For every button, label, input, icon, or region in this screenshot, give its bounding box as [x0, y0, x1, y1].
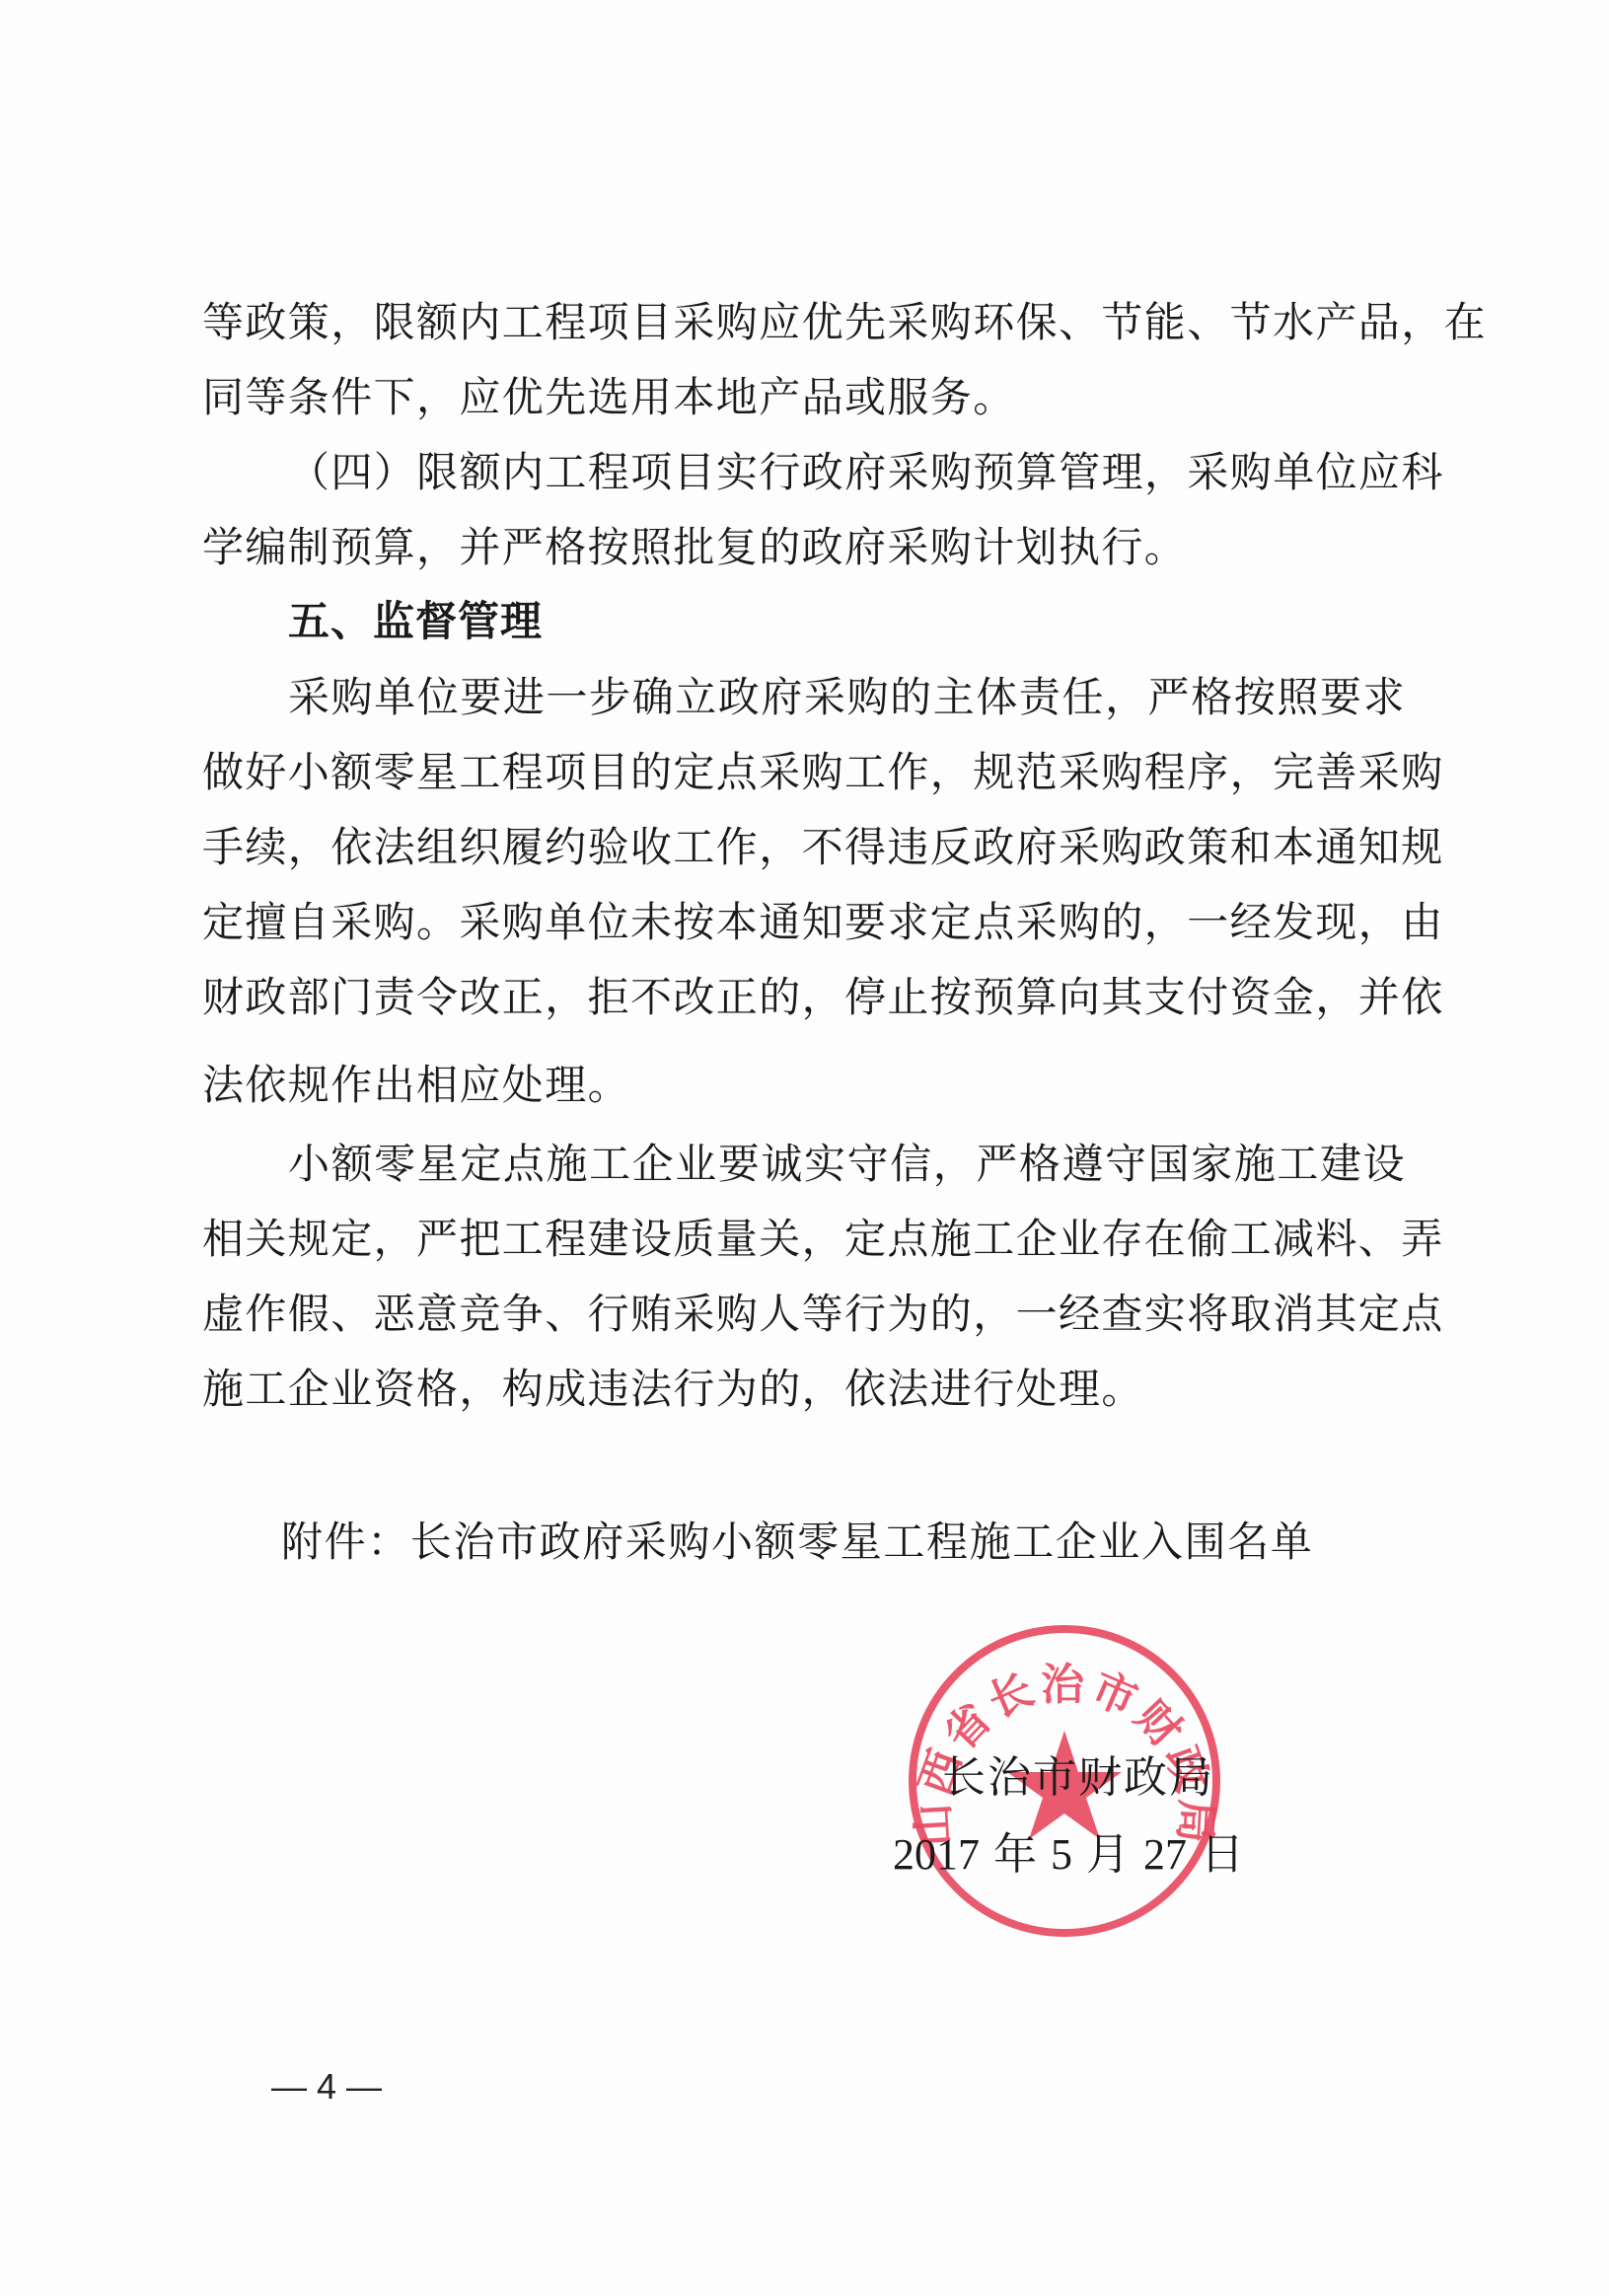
body-line: 法依规作出相应处理。: [202, 1048, 1406, 1123]
body-line: 相关规定，严把工程建设质量关，定点施工企业存在偷工减料、弄: [202, 1202, 1406, 1277]
date-month-unit: 月: [1086, 1830, 1130, 1879]
body-line: 学编制预算，并严格按照批复的政府采购计划执行。: [202, 510, 1406, 585]
issuer-name: 长治市财政局: [942, 1746, 1214, 1810]
body-line: 小额零星定点施工企业要诚实守信，严格遵守国家施工建设: [288, 1127, 1406, 1202]
date-year-unit: 年: [993, 1830, 1037, 1879]
page-number: — 4 —: [271, 2062, 382, 2111]
document-page: 等政策，限额内工程项目采购应优先采购环保、节能、节水产品，在 同等条件下，应优先…: [0, 0, 1609, 2296]
issue-date: 2017年5月27日: [893, 1823, 1258, 1887]
body-line: 财政部门责令改正，拒不改正的，停止按预算向其支付资金，并依: [202, 960, 1406, 1035]
body-line: 定擅自采购。采购单位未按本通知要求定点采购的，一经发现，由: [202, 885, 1406, 960]
body-line: 虚作假、恶意竞争、行贿采购人等行为的，一经查实将取消其定点: [202, 1277, 1406, 1352]
body-line: 做好小额零星工程项目的定点采购工作，规范采购程序，完善采购: [202, 735, 1406, 810]
body-line: 同等条件下，应优先选用本地产品或服务。: [202, 360, 1406, 435]
date-month: 5: [1051, 1830, 1072, 1879]
body-line: 采购单位要进一步确立政府采购的主体责任，严格按照要求: [288, 660, 1406, 735]
date-year: 2017: [893, 1830, 980, 1879]
attachment-note: 附件：长治市政府采购小额零星工程施工企业入围名单: [281, 1505, 1313, 1580]
body-line: （四）限额内工程项目实行政府采购预算管理，采购单位应科: [288, 435, 1406, 510]
date-day-unit: 日: [1201, 1830, 1244, 1879]
date-day: 27: [1143, 1830, 1187, 1879]
section-heading: 五、监督管理: [288, 584, 543, 659]
body-line: 等政策，限额内工程项目采购应优先采购环保、节能、节水产品，在: [202, 285, 1406, 360]
body-line: 施工企业资格，构成违法行为的，依法进行处理。: [202, 1352, 1406, 1427]
body-line: 手续，依法组织履约验收工作，不得违反政府采购政策和本通知规: [202, 810, 1406, 885]
